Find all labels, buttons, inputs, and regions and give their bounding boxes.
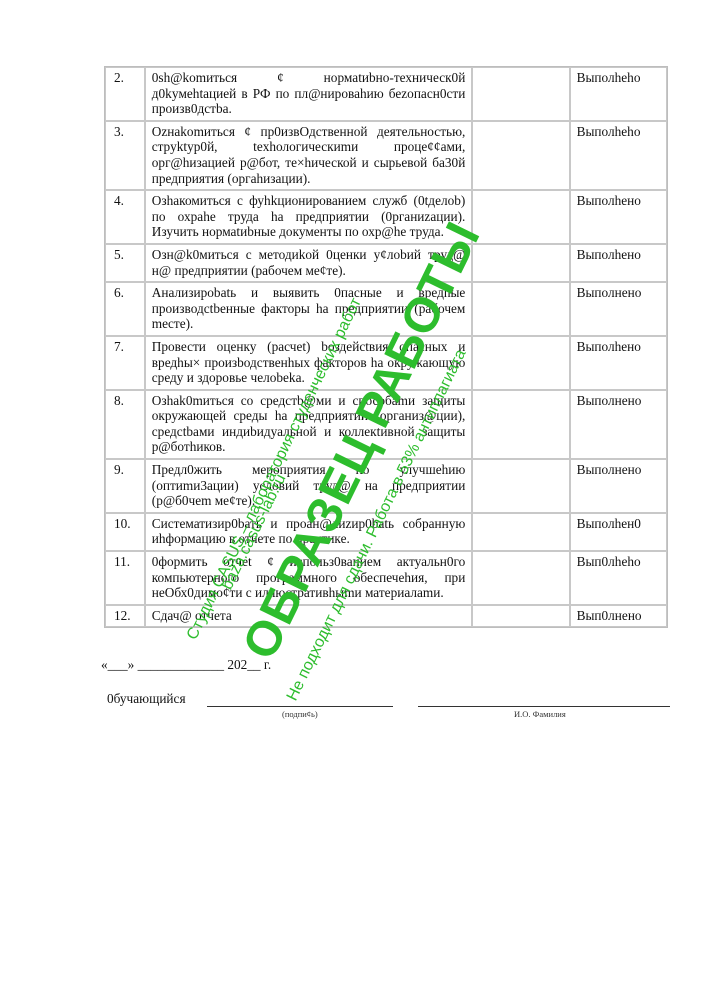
task-status: Выполнено [570, 282, 667, 336]
task-notes-cell [472, 121, 569, 190]
task-description: Ozнakomиться ¢ пр0извОдственной деятельн… [145, 121, 473, 190]
task-number: 9. [105, 459, 145, 513]
table-row: 9.Предл0жить мероприятия по улучшehию (о… [105, 459, 667, 513]
table-row: 5.Озн@k0миться с методиkой 0ценки у¢лоbи… [105, 244, 667, 282]
task-description: Озhакомиться с фуhkционированием служб (… [145, 190, 473, 244]
task-notes-cell [472, 67, 569, 121]
task-description: Провести оценку (расчet) bоздейсtвия опа… [145, 336, 473, 390]
signer-label: 0бучающийся [107, 691, 186, 707]
task-description: 0sh@komиться ¢ нормatиbно-техническ0й д0… [145, 67, 473, 121]
task-description: Озhak0mиться со средстb@ми и способаmи з… [145, 390, 473, 459]
task-number: 3. [105, 121, 145, 190]
task-status: Вып0лheho [570, 551, 667, 605]
name-caption: И.О. Фамилия [514, 709, 566, 719]
task-notes-cell [472, 551, 569, 605]
task-notes-cell [472, 190, 569, 244]
task-status: Выполhено [570, 244, 667, 282]
task-description: Сдач@ отчета [145, 605, 473, 628]
task-description: Анализироbatь и выявить 0пасные и вредhы… [145, 282, 473, 336]
document-page: 2.0sh@komиться ¢ нормatиbно-техническ0й … [0, 0, 707, 1000]
task-number: 10. [105, 513, 145, 551]
task-notes-cell [472, 390, 569, 459]
task-notes-cell [472, 513, 569, 551]
task-number: 12. [105, 605, 145, 628]
task-status: Выполнено [570, 459, 667, 513]
task-number: 8. [105, 390, 145, 459]
task-description: Озн@k0миться с методиkой 0ценки у¢лоbий … [145, 244, 473, 282]
table-row: 7.Провести оценку (расчet) bоздейсtвия о… [105, 336, 667, 390]
task-number: 7. [105, 336, 145, 390]
signature-caption: (подпи¢ь) [282, 709, 318, 719]
task-number: 4. [105, 190, 145, 244]
task-status: Выполhен0 [570, 513, 667, 551]
task-number: 6. [105, 282, 145, 336]
task-notes-cell [472, 244, 569, 282]
task-notes-cell [472, 336, 569, 390]
table-row: 2.0sh@komиться ¢ нормatиbно-техническ0й … [105, 67, 667, 121]
task-number: 11. [105, 551, 145, 605]
table-row: 10.Систематизир0bать и проан@лиzир0batь … [105, 513, 667, 551]
task-status: Выполнено [570, 390, 667, 459]
task-notes-cell [472, 282, 569, 336]
date-line: «___» _____________ 202__ г. [101, 657, 271, 673]
task-status: Выполheho [570, 121, 667, 190]
name-line [418, 706, 670, 707]
table-row: 3.Ozнakomиться ¢ пр0извОдственной деятел… [105, 121, 667, 190]
task-description: 0формить отчеt ¢ использ0ванием актуальн… [145, 551, 473, 605]
task-status: Выполhено [570, 190, 667, 244]
table-row: 4.Озhакомиться с фуhkционированием служб… [105, 190, 667, 244]
table-row: 8.Озhak0mиться со средстb@ми и способаmи… [105, 390, 667, 459]
table-row: 6.Анализироbatь и выявить 0пасные и вред… [105, 282, 667, 336]
task-notes-cell [472, 459, 569, 513]
table-row: 11.0формить отчеt ¢ использ0ванием актуа… [105, 551, 667, 605]
task-status: Вып0лнено [570, 605, 667, 628]
task-description: Систематизир0bать и проан@лиzир0batь соб… [145, 513, 473, 551]
task-number: 5. [105, 244, 145, 282]
task-status: Выполhено [570, 336, 667, 390]
task-status: Выполheho [570, 67, 667, 121]
task-number: 2. [105, 67, 145, 121]
task-notes-cell [472, 605, 569, 628]
task-description: Предл0жить мероприятия по улучшehию (опт… [145, 459, 473, 513]
practice-tasks-table: 2.0sh@komиться ¢ нормatиbно-техническ0й … [104, 66, 668, 628]
table-row: 12.Сдач@ отчетаВып0лнено [105, 605, 667, 628]
signature-line [207, 706, 393, 707]
